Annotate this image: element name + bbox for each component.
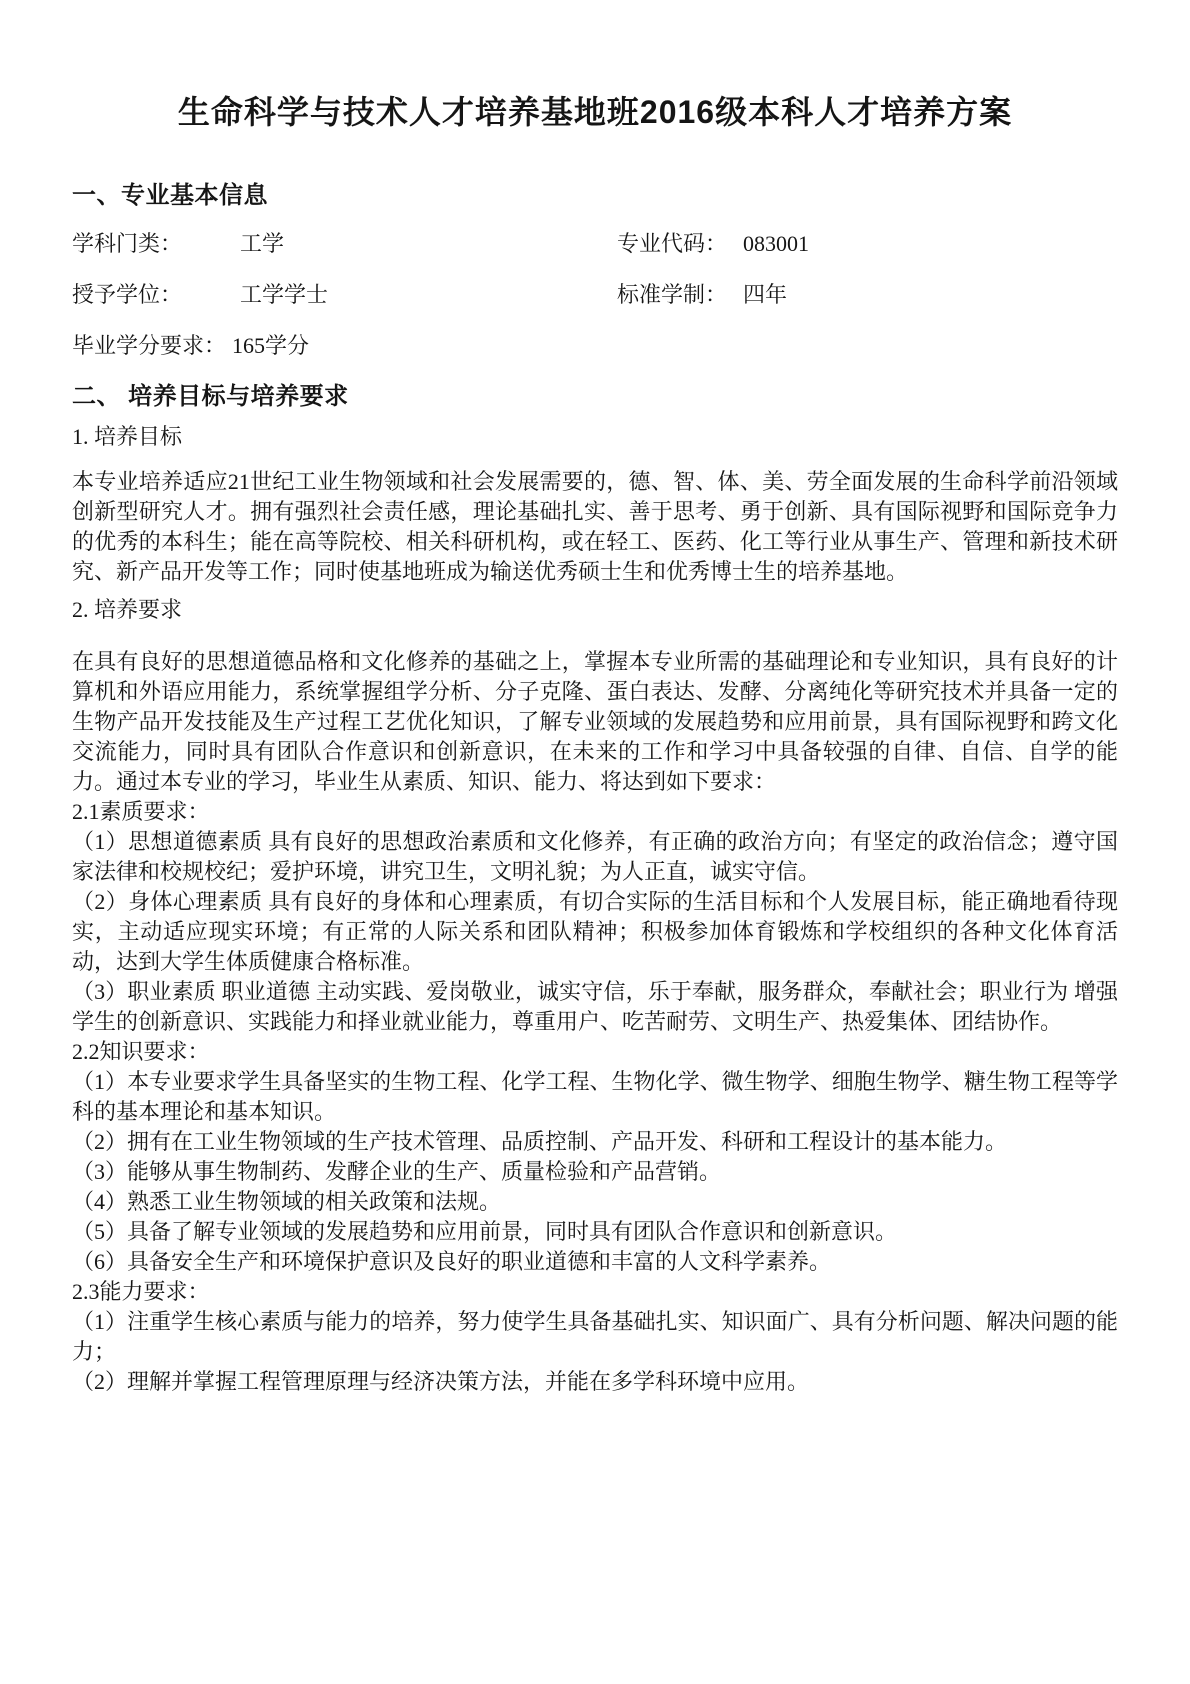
quality-item: （2）身体心理素质 具有良好的身体和心理素质，有切合实际的生活目标和个人发展目标… bbox=[72, 887, 1118, 977]
info-row-2: 授予学位： 工学学士 标准学制： 四年 bbox=[72, 280, 1118, 310]
ability-heading: 2.3能力要求： bbox=[72, 1277, 1118, 1307]
knowledge-item: （1）本专业要求学生具备坚实的生物工程、化学工程、生物化学、微生物学、细胞生物学… bbox=[72, 1067, 1118, 1127]
info-row-1: 学科门类： 工学 专业代码： 083001 bbox=[72, 229, 1118, 259]
knowledge-item: （2）拥有在工业生物领域的生产技术管理、品质控制、产品开发、科研和工程设计的基本… bbox=[72, 1127, 1118, 1157]
document-title: 生命科学与技术人才培养基地班2016级本科人才培养方案 bbox=[72, 92, 1118, 132]
basic-info-block: 学科门类： 工学 专业代码： 083001 授予学位： 工学学士 标准学制： 四… bbox=[72, 229, 1118, 361]
field-discipline: 学科门类： 工学 bbox=[72, 229, 617, 259]
requirements-paragraph: 在具有良好的思想道德品格和文化修养的基础之上，掌握本专业所需的基础理论和专业知识… bbox=[72, 647, 1118, 797]
degree-value: 工学学士 bbox=[240, 280, 328, 310]
major-code-label: 专业代码： bbox=[617, 229, 743, 259]
knowledge-heading: 2.2知识要求： bbox=[72, 1037, 1118, 1067]
requirements-detail-block: 2.1素质要求： （1）思想道德素质 具有良好的思想政治素质和文化修养，有正确的… bbox=[72, 797, 1118, 1397]
quality-item: （3）职业素质 职业道德 主动实践、爱岗敬业，诚实守信，乐于奉献，服务群众，奉献… bbox=[72, 977, 1118, 1037]
field-degree: 授予学位： 工学学士 bbox=[72, 280, 617, 310]
document-page: 生命科学与技术人才培养基地班2016级本科人才培养方案 一、专业基本信息 学科门… bbox=[0, 0, 1190, 1684]
ability-item: （1）注重学生核心素质与能力的培养，努力使学生具备基础扎实、知识面广、具有分析问… bbox=[72, 1307, 1118, 1367]
knowledge-item: （6）具备安全生产和环境保护意识及良好的职业道德和丰富的人文科学素养。 bbox=[72, 1247, 1118, 1277]
quality-heading: 2.1素质要求： bbox=[72, 797, 1118, 827]
major-code-value: 083001 bbox=[743, 229, 809, 259]
duration-value: 四年 bbox=[743, 280, 787, 310]
field-major-code: 专业代码： 083001 bbox=[617, 229, 809, 259]
info-row-3: 毕业学分要求： 165学分 bbox=[72, 331, 1118, 361]
knowledge-item: （5）具备了解专业领域的发展趋势和应用前景，同时具有团队合作意识和创新意识。 bbox=[72, 1217, 1118, 1247]
ability-item: （2）理解并掌握工程管理原理与经济决策方法，并能在多学科环境中应用。 bbox=[72, 1367, 1118, 1397]
discipline-value: 工学 bbox=[240, 229, 284, 259]
subheading-goal: 1. 培养目标 bbox=[72, 422, 1118, 452]
credits-value: 165学分 bbox=[232, 331, 309, 361]
section-heading-objectives: 二、 培养目标与培养要求 bbox=[72, 382, 1118, 412]
knowledge-item: （3）能够从事生物制药、发酵企业的生产、质量检验和产品营销。 bbox=[72, 1157, 1118, 1187]
subheading-requirements: 2. 培养要求 bbox=[72, 595, 1118, 625]
discipline-label: 学科门类： bbox=[72, 229, 240, 259]
goal-paragraph: 本专业培养适应21世纪工业生物领域和社会发展需要的，德、智、体、美、劳全面发展的… bbox=[72, 467, 1118, 587]
knowledge-item: （4）熟悉工业生物领域的相关政策和法规。 bbox=[72, 1187, 1118, 1217]
section-heading-basic-info: 一、专业基本信息 bbox=[72, 181, 1118, 211]
credits-label: 毕业学分要求： bbox=[72, 331, 226, 361]
quality-item: （1）思想道德素质 具有良好的思想政治素质和文化修养，有正确的政治方向；有坚定的… bbox=[72, 827, 1118, 887]
degree-label: 授予学位： bbox=[72, 280, 240, 310]
duration-label: 标准学制： bbox=[617, 280, 743, 310]
field-duration: 标准学制： 四年 bbox=[617, 280, 787, 310]
